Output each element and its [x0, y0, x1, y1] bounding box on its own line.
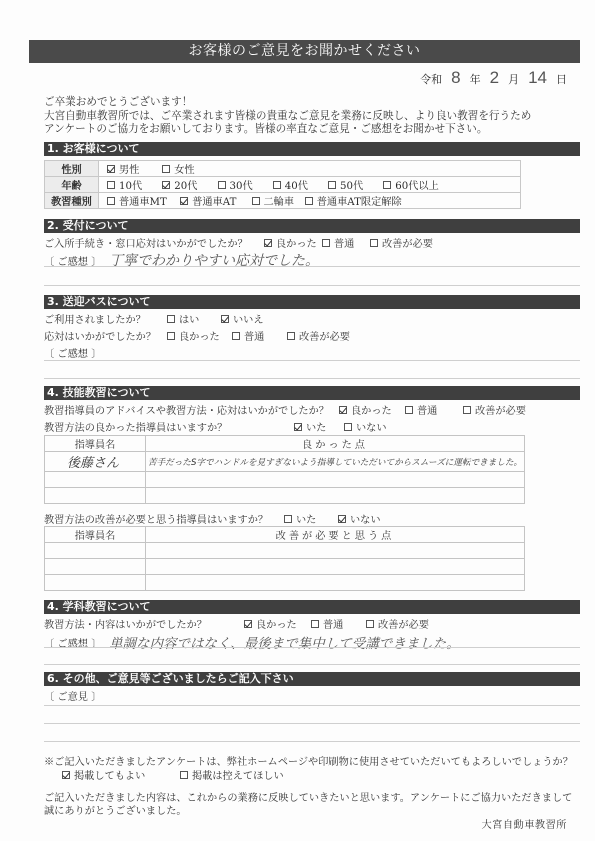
option-good[interactable]: 良かった	[244, 616, 311, 631]
improvement-points-cell[interactable]	[146, 575, 525, 591]
option-no[interactable]: いいえ	[221, 311, 264, 326]
improvement-points-cell[interactable]	[146, 543, 525, 559]
option-needs-improvement[interactable]: 改善が必要	[370, 235, 433, 250]
date-day[interactable]: 14	[525, 68, 550, 88]
classroom-comment-row: 〔 ご感想 〕 単調な内容ではなく、最後まで集中して受講できました。	[44, 632, 460, 652]
checkbox-icon[interactable]	[311, 620, 319, 628]
date-era: 令和	[420, 71, 442, 87]
option-normal[interactable]: 普通	[322, 235, 370, 250]
date-month[interactable]: 2	[487, 68, 502, 88]
reception-question: ご入所手続き・窓口応対はいかがでしたか？	[44, 235, 264, 250]
option-at[interactable]: 普通車AT	[180, 193, 248, 208]
checkbox-icon[interactable]	[218, 181, 226, 189]
bus-usage-row: ご利用されましたか？ はい いいえ	[44, 311, 264, 326]
checkbox-icon[interactable]	[370, 239, 378, 247]
option-decline-publication[interactable]: 掲載は控えてほしい	[180, 767, 284, 782]
good-points-cell[interactable]	[146, 472, 525, 488]
date-year-unit: 年	[470, 71, 481, 87]
checkbox-checked-icon[interactable]	[294, 423, 302, 431]
table-header-row: 指導員名 改善が必要と思う点	[45, 527, 525, 543]
table-row	[45, 575, 525, 591]
column-header-improvement-points: 改善が必要と思う点	[146, 527, 525, 543]
table-row	[45, 488, 525, 504]
checkbox-checked-icon[interactable]	[264, 239, 272, 247]
good-points-cell[interactable]: 苦手だったS字でハンドルを見すぎないよう指導していただいてからスムーズに運転でき…	[146, 452, 525, 472]
option-yes-was[interactable]: いた	[284, 511, 338, 526]
comment-label: 〔 ご感想 〕	[44, 345, 101, 360]
good-instructor-question: 教習方法の良かった指導員はいますか？	[44, 419, 294, 434]
instructor-rating-row: 教習指導員のアドバイスや教習方法・応対はいかがでしたか？ 良かった 普通 改善が…	[44, 402, 526, 417]
consent-question: ※ご記入いただきましたアンケートは、弊社ホームページや印刷物に使用させていただい…	[44, 753, 573, 768]
option-motorcycle[interactable]: 二輪車	[252, 193, 302, 208]
checkbox-icon[interactable]	[107, 181, 115, 189]
checkbox-icon[interactable]	[167, 315, 175, 323]
table-row-course: 教習種別 普通車MT 普通車AT 二輪車 普通車AT限定解除	[45, 193, 521, 209]
good-instructor-table: 指導員名 良かった点 後藤さん 苦手だったS字でハンドルを見すぎないよう指導して…	[44, 435, 525, 504]
option-good[interactable]: 良かった	[339, 402, 405, 417]
age-options: 10代 20代 30代 40代 50代 60代以上	[99, 177, 521, 193]
intro-line: 大宮自動車教習所では、ご卒業されます皆様の貴重なご意見を業務に反映し、より良い教…	[44, 110, 531, 124]
option-good[interactable]: 良かった	[264, 235, 322, 250]
closing-text: ご記入いただきました内容は、これからの業務に反映していきたいと思います。アンケー…	[44, 792, 572, 818]
option-good[interactable]: 良かった	[167, 328, 232, 343]
option-age-60s-plus[interactable]: 60代以上	[383, 177, 439, 192]
bus-usage-question: ご利用されましたか？	[44, 311, 167, 326]
checkbox-icon[interactable]	[305, 197, 313, 205]
checkbox-checked-icon[interactable]	[162, 181, 170, 189]
gender-options: 男性 女性	[99, 161, 521, 177]
comment-line	[44, 266, 580, 267]
option-no-was-not[interactable]: いない	[344, 419, 387, 434]
bus-service-question: 応対はいかがでしたか？	[44, 328, 167, 343]
label-age: 年齢	[45, 177, 99, 193]
option-no-was-not[interactable]: いない	[338, 511, 381, 526]
improve-instructor-table: 指導員名 改善が必要と思う点	[44, 526, 525, 591]
option-needs-improvement[interactable]: 改善が必要	[366, 616, 429, 631]
checkbox-icon[interactable]	[328, 181, 336, 189]
improve-instructor-row: 教習方法の改善が必要と思う指導員はいますか？ いた いない	[44, 511, 381, 526]
table-row	[45, 472, 525, 488]
option-age-50s[interactable]: 50代	[328, 177, 380, 192]
classroom-question: 教習方法・内容はいかがでしたか？	[44, 616, 244, 631]
checkbox-icon[interactable]	[284, 515, 292, 523]
improve-instructor-question: 教習方法の改善が必要と思う指導員はいますか？	[44, 511, 284, 526]
checkbox-checked-icon[interactable]	[62, 771, 70, 779]
reception-question-row: ご入所手続き・窓口応対はいかがでしたか？ 良かった 普通 改善が必要	[44, 235, 433, 250]
instructor-name-cell[interactable]: 後藤さん	[45, 452, 146, 472]
checkbox-icon[interactable]	[252, 197, 260, 205]
label-course-type: 教習種別	[45, 193, 99, 209]
classroom-comment[interactable]: 単調な内容ではなく、最後まで集中して受講できました。	[109, 632, 460, 652]
checkbox-checked-icon[interactable]	[244, 620, 252, 628]
comment-line	[44, 741, 580, 742]
section-header-shuttle-bus: 3. 送迎バスについて	[44, 295, 580, 309]
option-male[interactable]: 男性	[107, 161, 159, 176]
instructor-name-cell[interactable]	[45, 559, 146, 575]
checkbox-checked-icon[interactable]	[180, 197, 188, 205]
checkbox-checked-icon[interactable]	[339, 406, 347, 414]
date-day-unit: 日	[556, 71, 567, 87]
label-gender: 性別	[45, 161, 99, 177]
checkbox-icon[interactable]	[180, 771, 188, 779]
table-row-gender: 性別 男性 女性	[45, 161, 521, 177]
comment-line	[44, 723, 580, 724]
option-age-40s[interactable]: 40代	[273, 177, 325, 192]
table-row: 後藤さん 苦手だったS字でハンドルを見すぎないよう指導していただいてからスムーズ…	[45, 452, 525, 472]
table-row	[45, 559, 525, 575]
intro-line: ご卒業おめでとうございます！	[44, 96, 531, 110]
checkbox-icon[interactable]	[463, 406, 471, 414]
checkbox-checked-icon[interactable]	[338, 515, 346, 523]
option-age-30s[interactable]: 30代	[218, 177, 270, 192]
classroom-question-row: 教習方法・内容はいかがでしたか？ 良かった 普通 改善が必要	[44, 616, 429, 631]
intro-line: アンケートのご協力をお願いしております。皆様の率直なご意見・ご感想をお聞かせ下さ…	[44, 123, 531, 137]
checkbox-icon[interactable]	[322, 239, 330, 247]
checkbox-icon[interactable]	[273, 181, 281, 189]
good-instructor-row: 教習方法の良かった指導員はいますか？ いた いない	[44, 419, 387, 434]
checkbox-icon[interactable]	[162, 165, 170, 173]
comment-line	[44, 360, 580, 361]
comment-line	[44, 378, 580, 379]
option-needs-improvement[interactable]: 改善が必要	[287, 328, 350, 343]
instructor-name-cell[interactable]	[45, 575, 146, 591]
option-age-10s[interactable]: 10代	[107, 177, 159, 192]
option-needs-improvement[interactable]: 改善が必要	[463, 402, 526, 417]
comment-line	[44, 647, 580, 648]
column-header-instructor-name: 指導員名	[45, 527, 146, 543]
checkbox-icon[interactable]	[366, 620, 374, 628]
option-normal[interactable]: 普通	[311, 616, 366, 631]
comment-line	[44, 285, 580, 286]
option-mt[interactable]: 普通車MT	[107, 193, 177, 208]
date-field: 令和 8 年 2 月 14 日	[420, 68, 567, 88]
consent-options-row: 掲載してもよい 掲載は控えてほしい	[62, 767, 284, 782]
instructor-name-cell[interactable]	[45, 472, 146, 488]
closing-line: ご記入いただきました内容は、これからの業務に反映していきたいと思います。アンケー…	[44, 792, 572, 805]
form-title: お客様のご意見をお聞かせください	[29, 40, 580, 63]
table-row	[45, 543, 525, 559]
checkbox-icon[interactable]	[287, 332, 295, 340]
table-row-age: 年齢 10代 20代 30代 40代 50代 60代以上	[45, 177, 521, 193]
checkbox-icon[interactable]	[344, 423, 352, 431]
course-options: 普通車MT 普通車AT 二輪車 普通車AT限定解除	[99, 193, 521, 209]
comment-label: 〔 ご意見 〕	[44, 688, 101, 703]
section-header-other-comments: 6. その他、ご意見等ございましたらご記入下さい	[44, 672, 580, 686]
table-header-row: 指導員名 良かった点	[45, 436, 525, 452]
option-yes-was[interactable]: いた	[294, 419, 344, 434]
checkbox-icon[interactable]	[232, 332, 240, 340]
date-month-unit: 月	[508, 71, 519, 87]
instructor-name-cell[interactable]	[45, 488, 146, 504]
bus-comment-row: 〔 ご感想 〕	[44, 345, 101, 360]
option-normal[interactable]: 普通	[405, 402, 463, 417]
checkbox-icon[interactable]	[383, 181, 391, 189]
other-comment-row: 〔 ご意見 〕	[44, 688, 101, 703]
checkbox-icon[interactable]	[107, 197, 115, 205]
checkbox-checked-icon[interactable]	[221, 315, 229, 323]
section-header-classroom-lessons: 4. 学科教習について	[44, 600, 580, 614]
section-header-reception: 2. 受付について	[44, 219, 580, 233]
section-header-customer: 1. お客様について	[44, 142, 580, 156]
customer-info-table: 性別 男性 女性 年齢 10代 20代 30代 40代 50代 60代以上 教習…	[44, 160, 521, 209]
option-allow-publication[interactable]: 掲載してもよい	[62, 767, 180, 782]
option-at-release[interactable]: 普通車AT限定解除	[305, 193, 402, 208]
reception-comment[interactable]: 丁寧でわかりやすい応対でした。	[109, 250, 319, 270]
checkbox-icon[interactable]	[405, 406, 413, 414]
option-age-20s[interactable]: 20代	[162, 177, 214, 192]
instructor-rating-question: 教習指導員のアドバイスや教習方法・応対はいかがでしたか？	[44, 402, 339, 417]
option-female[interactable]: 女性	[162, 161, 194, 176]
column-header-good-points: 良かった点	[146, 436, 525, 452]
section-header-driving-lessons: 4. 技能教習について	[44, 386, 580, 400]
reception-comment-row: 〔 ご感想 〕 丁寧でわかりやすい応対でした。	[44, 250, 319, 270]
option-normal[interactable]: 普通	[232, 328, 287, 343]
school-signature: 大宮自動車教習所	[482, 816, 568, 831]
checkbox-icon[interactable]	[167, 332, 175, 340]
intro-text: ご卒業おめでとうございます！ 大宮自動車教習所では、ご卒業されます皆様の貴重なご…	[44, 96, 531, 137]
improvement-points-cell[interactable]	[146, 559, 525, 575]
comment-line	[44, 664, 580, 665]
instructor-name-cell[interactable]	[45, 543, 146, 559]
comment-line	[44, 705, 580, 706]
date-year[interactable]: 8	[448, 68, 463, 88]
checkbox-checked-icon[interactable]	[107, 165, 115, 173]
column-header-instructor-name: 指導員名	[45, 436, 146, 452]
bus-service-row: 応対はいかがでしたか？ 良かった 普通 改善が必要	[44, 328, 350, 343]
option-yes[interactable]: はい	[167, 311, 221, 326]
good-points-cell[interactable]	[146, 488, 525, 504]
